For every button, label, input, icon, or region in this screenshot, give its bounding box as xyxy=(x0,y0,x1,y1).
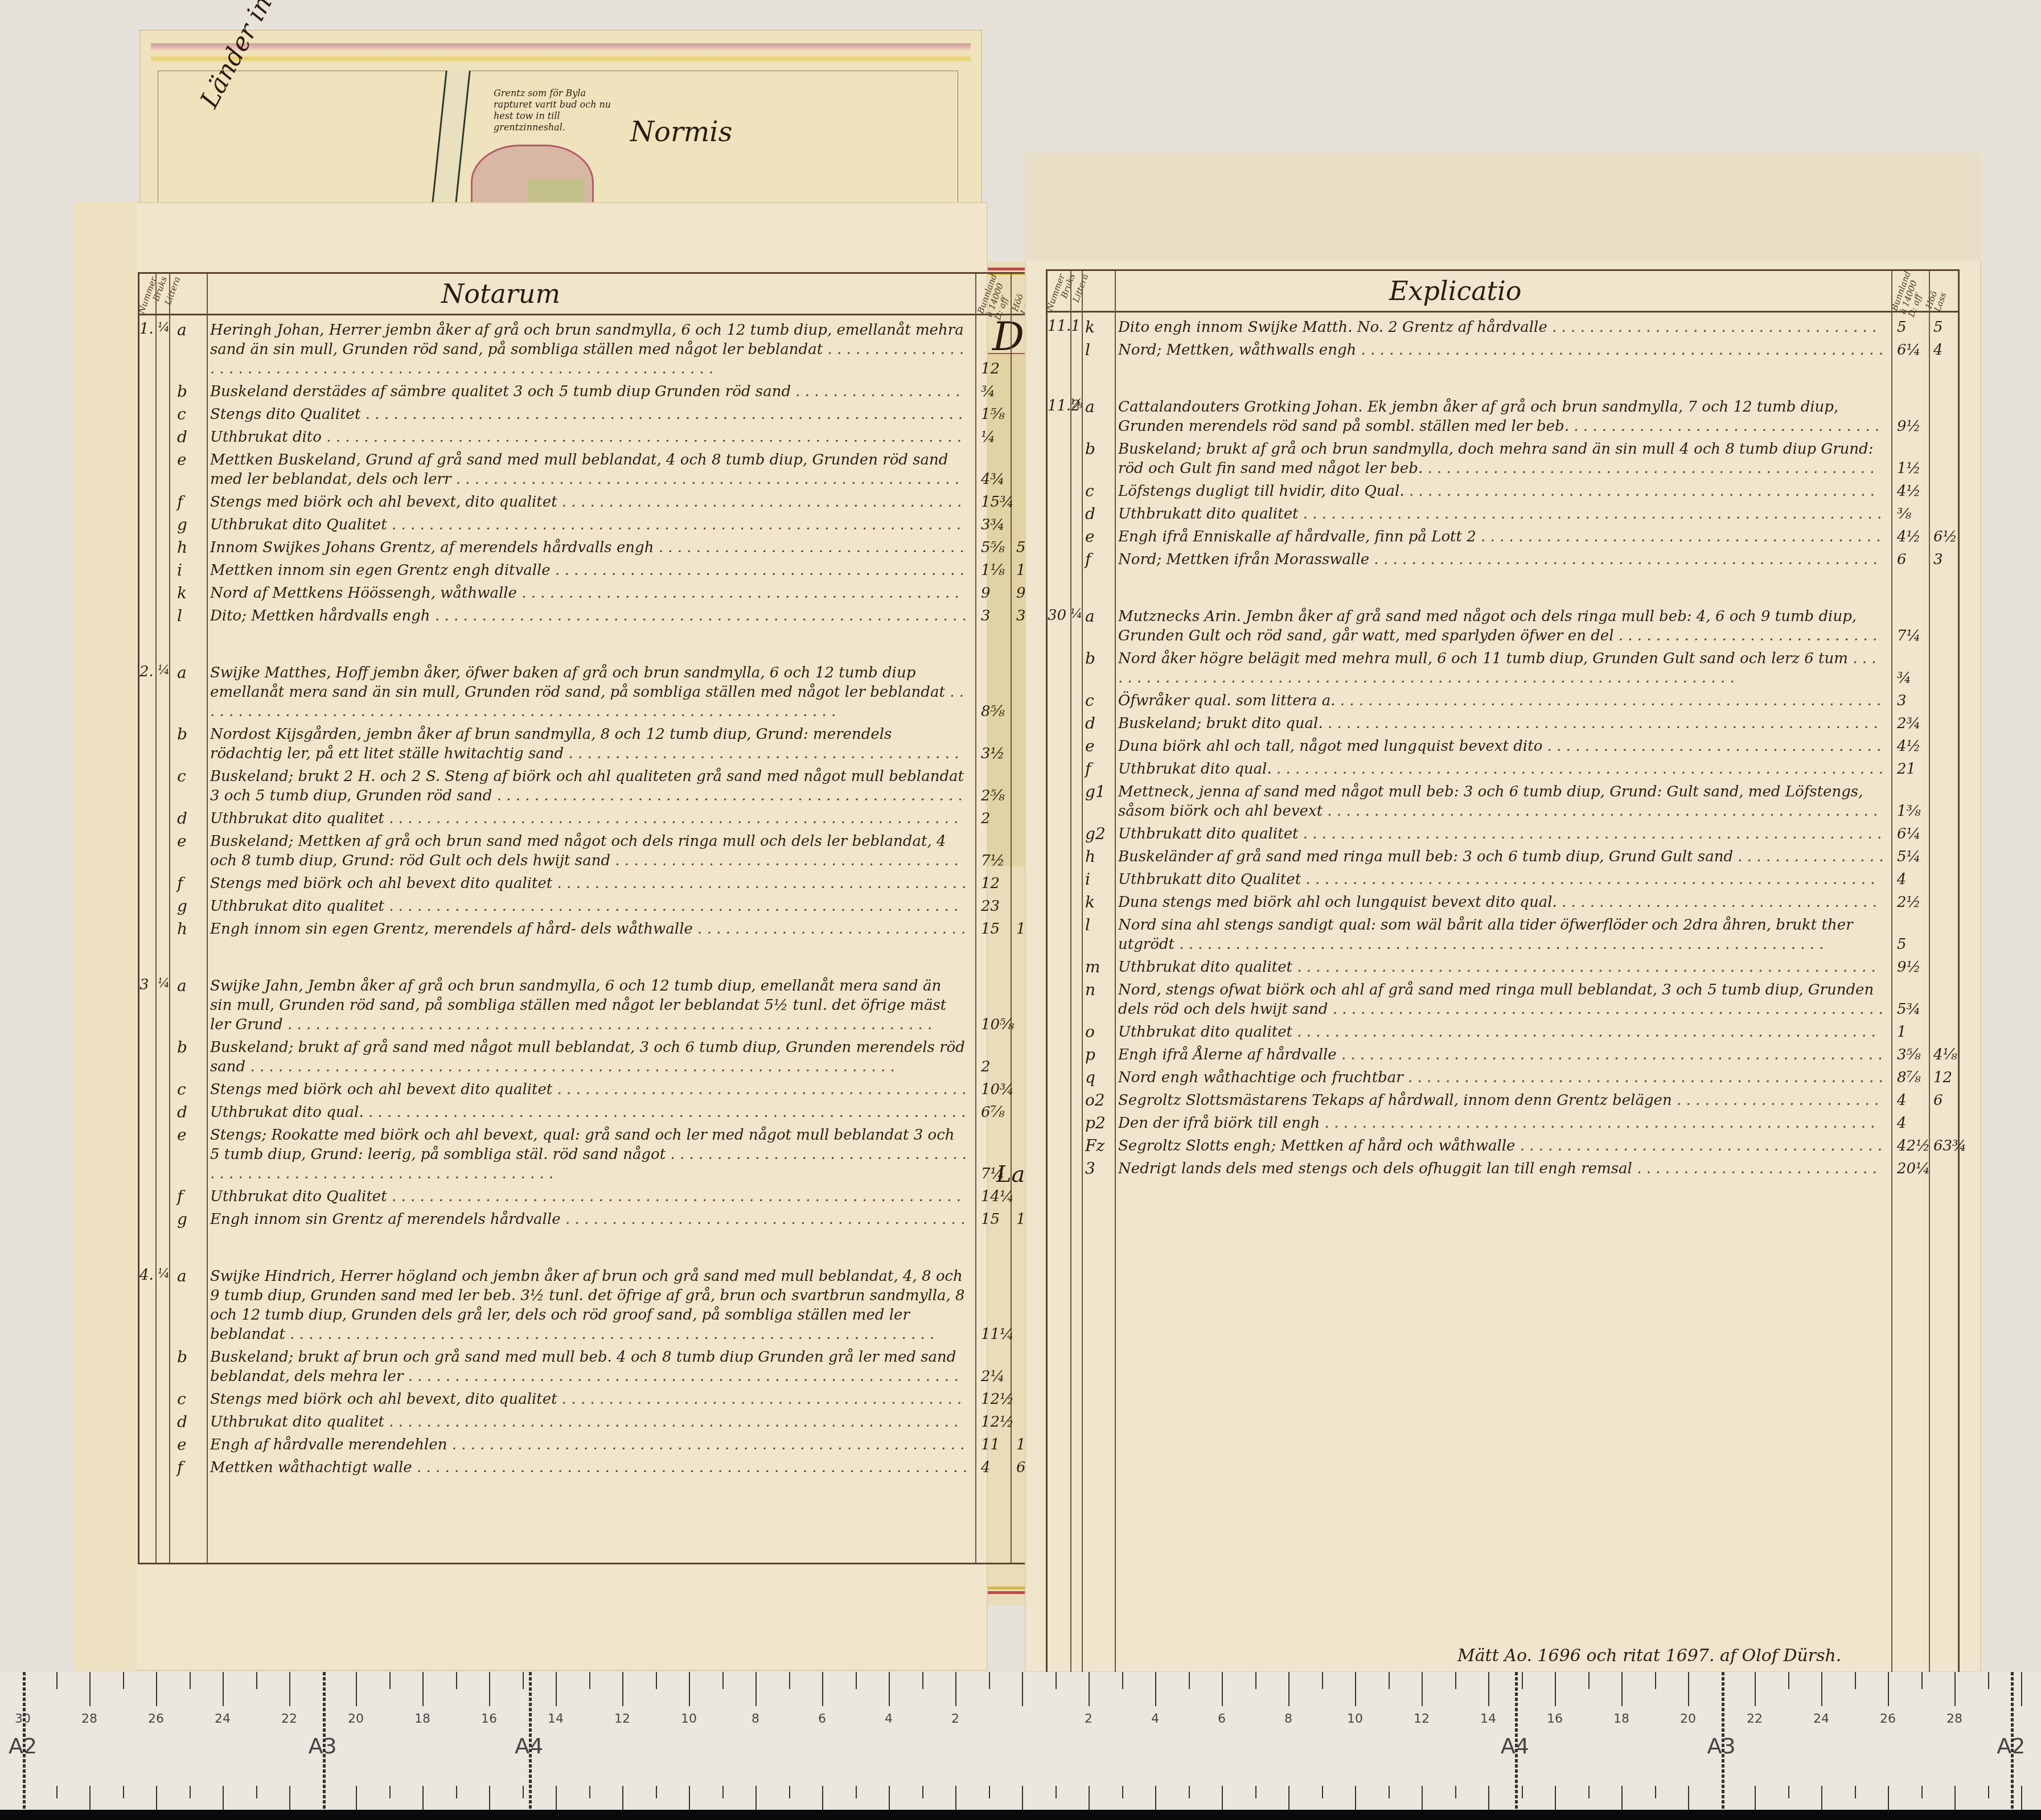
map-annotation: Grentz som för Byla rapturet varit bud o… xyxy=(494,88,625,133)
littera: b xyxy=(177,1038,187,1057)
ruler-number: 18 xyxy=(1613,1712,1629,1726)
ruler-tick xyxy=(955,1672,956,1706)
ruler-tick xyxy=(156,1786,157,1810)
table-row: bNordost Kijsgården, jembn åker af brun … xyxy=(139,725,1047,767)
table-row: FzSegroltz Slotts engh; Mettken af hård … xyxy=(1048,1136,1958,1159)
ruler-tick xyxy=(689,1672,690,1706)
acreage-value: 6 xyxy=(1897,551,1907,568)
table-row: cStengs med biörk och ahl bevext, dito q… xyxy=(139,1390,1047,1412)
description-cell: Swijke Hindrich, Herrer högland och jemb… xyxy=(210,1267,967,1347)
acreage-value: 11¼ xyxy=(981,1326,1014,1343)
left-page: Nummer Bruks Littera Notarum Bunnland à … xyxy=(74,202,988,1671)
littera: l xyxy=(1085,915,1090,934)
map-border-yellow xyxy=(151,55,971,63)
acreage-value: 9½ xyxy=(1897,959,1921,976)
description-cell: Dito; Mettken hårdvalls engh xyxy=(210,606,967,629)
table-row: lNord sina ahl stengs sandigt qual: som … xyxy=(1048,915,1958,958)
table-header: Nummer Bruks Littera Explicatio Bunnland… xyxy=(1048,271,1958,313)
acreage-value: 2⅝ xyxy=(981,787,1005,804)
description: Uthbrukat dito qual. xyxy=(210,1103,967,1125)
acreage-value: 3 xyxy=(1897,692,1907,709)
description: Uthbrukat dito qualitet xyxy=(1118,958,1884,980)
description: Buskeland; brukt af grå och brun sandmyl… xyxy=(1118,439,1884,482)
ruler-number: 4 xyxy=(1151,1712,1159,1726)
acreage-value: 5¼ xyxy=(1897,848,1921,865)
acreage-value: 4½ xyxy=(1897,528,1921,545)
description: Stengs med biörk och ahl bevext dito qua… xyxy=(210,1080,967,1103)
ruler-number: 4 xyxy=(885,1712,893,1726)
ruler-number: 12 xyxy=(614,1712,630,1726)
table-row: dUthbrukat dito qualitet2 xyxy=(139,809,1047,832)
ruler-tick xyxy=(789,1672,790,1689)
littera: k xyxy=(177,584,187,602)
description-cell: Segroltz Slottsmästarens Tekaps af hårdw… xyxy=(1118,1091,1884,1114)
bruk-fraction: ¼ xyxy=(1070,607,1082,621)
ruler-tick xyxy=(89,1786,91,1810)
littera: p2 xyxy=(1085,1114,1106,1132)
ruler-tick xyxy=(1588,1786,1590,1798)
description: Öfwråker qual. som littera a. xyxy=(1118,691,1884,714)
acreage-value: 6⅞ xyxy=(981,1104,1005,1121)
ruler-tick xyxy=(556,1672,557,1706)
ruler-tick xyxy=(1255,1786,1256,1798)
ruler-tick xyxy=(190,1786,191,1798)
description-cell: Mettken Buskeland, Grund af grå sand med… xyxy=(210,450,967,492)
table-row: mUthbrukat dito qualitet9½ xyxy=(1048,958,1958,980)
acreage-value: 4¾ xyxy=(981,471,1005,488)
table-row: cBuskeland; brukt 2 H. och 2 S. Steng af… xyxy=(139,767,1047,809)
ruler-tick xyxy=(1389,1786,1390,1798)
description-cell: Öfwråker qual. som littera a. xyxy=(1118,691,1884,714)
ruler-number: 2 xyxy=(951,1712,959,1726)
table-row: lNord; Mettken, wåthwalls engh6¼4 xyxy=(1048,340,1958,363)
table-row: 3Nedrigt lands dels med stengs och dels … xyxy=(1048,1159,1958,1182)
acreage-value: 9½ xyxy=(1897,418,1921,435)
page-title: Notarum xyxy=(441,278,560,309)
littera: d xyxy=(1085,504,1095,523)
description: Stengs med biörk och ahl bevext, dito qu… xyxy=(210,1390,967,1412)
ruler-tick xyxy=(223,1786,224,1810)
format-marker xyxy=(1515,1672,1518,1810)
description-cell: Uthbrukat dito qual. xyxy=(210,1103,967,1125)
littera: c xyxy=(177,405,186,424)
ruler-tick xyxy=(1155,1672,1156,1706)
description: Engh ifrå Ålerne af hårdvalle xyxy=(1118,1045,1884,1068)
ruler-number: 28 xyxy=(81,1712,97,1726)
description-cell: Buskeland; brukt af grå och brun sandmyl… xyxy=(1118,439,1884,482)
table-row: eMettken Buskeland, Grund af grå sand me… xyxy=(139,450,1047,492)
table-row: bBuskeland; brukt af grå och brun sandmy… xyxy=(1048,439,1958,482)
ruler-tick xyxy=(1921,1672,1923,1689)
description: Nord; Mettken ifrån Morasswalle xyxy=(1118,550,1884,573)
explicatio-table: Nummer Bruks Littera Explicatio Bunnland… xyxy=(1046,269,1960,1718)
ruler-tick xyxy=(1089,1672,1090,1706)
ruler-number: 10 xyxy=(1347,1712,1363,1726)
acreage-value: 2 xyxy=(981,810,991,827)
ruler-tick xyxy=(1155,1786,1156,1810)
ruler-tick xyxy=(1755,1672,1756,1706)
description-cell: Nedrigt lands dels med stengs och dels o… xyxy=(1118,1159,1884,1182)
bruk-fraction: ¼ xyxy=(158,976,170,991)
littera: o xyxy=(1085,1022,1095,1041)
ruler-tick xyxy=(822,1786,823,1810)
ruler-tick xyxy=(889,1786,890,1810)
ruler-tick xyxy=(1954,1786,1956,1810)
acreage-value: 5⅝ xyxy=(981,539,1005,556)
map-border-red xyxy=(151,43,971,51)
acreage-value: 1½ xyxy=(1897,460,1921,477)
ruler-number: 22 xyxy=(281,1712,297,1726)
littera: c xyxy=(1085,482,1094,500)
hay-load-value: 6 xyxy=(1933,1092,1943,1109)
table-row: fNord; Mettken ifrån Morasswalle63 xyxy=(1048,550,1958,573)
ruler-tick xyxy=(1954,1672,1956,1706)
description-cell: Nord åker högre belägit med mehra mull, … xyxy=(1118,649,1884,691)
description: Buskeland; brukt af grå sand med något m… xyxy=(210,1038,967,1077)
littera: c xyxy=(177,1390,186,1408)
ruler-tick xyxy=(523,1672,524,1689)
acreage-value: 10⅝ xyxy=(981,1016,1014,1033)
ruler-tick xyxy=(755,1672,757,1706)
littera: b xyxy=(177,1347,187,1366)
description: Buskeland; Mettken af grå och brun sand … xyxy=(210,832,967,874)
ruler-number: 6 xyxy=(818,1712,826,1726)
description-cell: Dito engh innom Swijke Matth. No. 2 Gren… xyxy=(1118,318,1884,340)
description: Buskeländer af grå sand med ringa mull b… xyxy=(1118,847,1884,870)
description-cell: Stengs dito Qualitet xyxy=(210,405,967,428)
description: Uthbrukatt dito qualitet xyxy=(1118,824,1884,847)
description: Swijke Matthes, Hoff jembn åker, öfwer b… xyxy=(210,663,967,721)
ruler-tick xyxy=(1488,1672,1489,1706)
description: Nord, stengs ofwat biörk och ahl af grå … xyxy=(1118,980,1884,1022)
acreage-value: 2 xyxy=(981,1058,991,1075)
littera: i xyxy=(1085,870,1090,889)
description: Uthbrukat dito qualitet xyxy=(1118,1022,1884,1045)
ruler-tick xyxy=(822,1672,823,1706)
ruler-number: 8 xyxy=(751,1712,759,1726)
ruler-tick xyxy=(1355,1786,1356,1810)
description-cell: Uthbrukat dito qualitet xyxy=(210,809,967,832)
description-cell: Buskeländer af grå sand med ringa mull b… xyxy=(1118,847,1884,870)
table-row: gEngh innom sin Grentz af merendels hård… xyxy=(139,1210,1047,1232)
acreage-value: 12½ xyxy=(981,1391,1014,1408)
acreage-value: 20¼ xyxy=(1897,1160,1930,1177)
description-cell: Nord af Mettkens Höössengh, wåthwalle xyxy=(210,584,967,606)
description-cell: Buskeland; brukt af grå sand med något m… xyxy=(210,1038,967,1080)
description-cell: Buskeland; Mettken af grå och brun sand … xyxy=(210,832,967,874)
description: Uthbrukat dito Qualitet xyxy=(210,515,967,538)
description-cell: Heringh Johan, Herrer jembn åker af grå … xyxy=(210,321,967,382)
notarum-table: Nummer Bruks Littera Notarum Bunnland à … xyxy=(138,272,1049,1564)
description: Segroltz Slottsmästarens Tekaps af hårdw… xyxy=(1118,1091,1884,1114)
ruler-tick xyxy=(523,1786,524,1798)
littera: f xyxy=(177,874,183,893)
ruler-tick xyxy=(1455,1786,1456,1798)
header-bunnland: Bunnland à 14000 D: aff xyxy=(1890,270,1929,318)
littera: Fz xyxy=(1085,1136,1104,1155)
ruler-tick xyxy=(289,1786,290,1810)
description: Löfstengs dugligt till hvidir, dito Qual… xyxy=(1118,482,1884,504)
littera: d xyxy=(177,809,187,828)
acreage-value: 3¾ xyxy=(981,516,1005,533)
description: Engh innom sin Grentz af merendels hårdv… xyxy=(210,1210,967,1232)
description-cell: Den der ifrå biörk till engh xyxy=(1118,1114,1884,1136)
acreage-value: 8⅝ xyxy=(981,703,1005,720)
ruler-tick xyxy=(1788,1672,1789,1689)
littera: n xyxy=(1085,980,1095,999)
table-row: 1.¼aHeringh Johan, Herrer jembn åker af … xyxy=(139,321,1047,382)
ruler-number: 12 xyxy=(1414,1712,1430,1726)
ruler-tick xyxy=(1655,1786,1656,1798)
header-bunnland: Bunnland à 14000 D: aff xyxy=(976,273,1016,321)
ruler-tick xyxy=(89,1672,91,1706)
table-header: Nummer Bruks Littera Notarum Bunnland à … xyxy=(139,274,1047,315)
ruler-tick xyxy=(422,1672,424,1706)
ruler-tick xyxy=(223,1672,224,1706)
acreage-value: 1⅛ xyxy=(981,562,1005,579)
table-row: dUthbrukat dito qual.6⅞ xyxy=(139,1103,1047,1125)
littera: e xyxy=(177,1125,187,1144)
ruler-tick xyxy=(622,1786,623,1810)
table-row: cLöfstengs dugligt till hvidir, dito Qua… xyxy=(1048,482,1958,504)
acreage-value: 5 xyxy=(1897,319,1907,336)
table-row: 11.1kDito engh innom Swijke Matth. No. 2… xyxy=(1048,318,1958,340)
littera: a xyxy=(1085,607,1095,626)
table-row: bBuskeland; brukt af brun och grå sand m… xyxy=(139,1347,1047,1390)
ruler-tick xyxy=(989,1786,990,1798)
ruler-tick xyxy=(1422,1786,1423,1810)
littera: e xyxy=(177,450,187,469)
description: Nedrigt lands dels med stengs och dels o… xyxy=(1118,1159,1884,1182)
description-cell: Swijke Jahn, Jembn åker af grå och brun … xyxy=(210,976,967,1038)
table-row: g2Uthbrukatt dito qualitet6¼ xyxy=(1048,824,1958,847)
table-row: 30¼aMutznecks Arin. Jembn åker af grå sa… xyxy=(1048,607,1958,649)
scanner-edge xyxy=(0,1810,2041,1820)
ruler-tick xyxy=(1821,1672,1822,1706)
page-title: Explicatio xyxy=(1389,276,1521,306)
ruler-tick xyxy=(1855,1786,1856,1798)
table-row: nNord, stengs ofwat biörk och ahl af grå… xyxy=(1048,980,1958,1022)
description: Uthbrukat dito qualitet xyxy=(210,897,967,919)
hay-load-value: 3 xyxy=(1933,551,1943,568)
parcel-number: 11.1 xyxy=(1048,318,1079,335)
littera: a xyxy=(177,321,187,339)
acreage-value: 4 xyxy=(1897,1092,1907,1109)
description-cell: Uthbrukat dito qualitet xyxy=(210,1412,967,1435)
description: Nord af Mettkens Höössengh, wåthwalle xyxy=(210,584,967,606)
description-cell: Nord, stengs ofwat biörk och ahl af grå … xyxy=(1118,980,1884,1022)
ruler-tick xyxy=(1555,1672,1556,1706)
ruler-number: 2 xyxy=(1085,1712,1093,1726)
description: Buskeland; brukt af brun och grå sand me… xyxy=(210,1347,967,1390)
acreage-value: 12½ xyxy=(981,1414,1014,1431)
littera: g xyxy=(177,897,187,915)
ruler-tick xyxy=(123,1672,124,1689)
description-cell: Nord; Mettken, wåthwalls engh xyxy=(1118,340,1884,363)
description-cell: Uthbrukat dito qualitet xyxy=(210,897,967,919)
ruler-tick xyxy=(622,1672,623,1706)
ruler-tick xyxy=(190,1672,191,1689)
ruler-tick xyxy=(1788,1786,1789,1798)
ruler-tick xyxy=(922,1672,923,1689)
description-cell: Nord sina ahl stengs sandigt qual: som w… xyxy=(1118,915,1884,958)
table-row: cÖfwråker qual. som littera a.3 xyxy=(1048,691,1958,714)
description-cell: Uthbrukat dito Qualitet xyxy=(210,1187,967,1210)
ruler-tick xyxy=(1888,1672,1889,1706)
hay-load-value: 63¾ xyxy=(1933,1137,1966,1155)
acreage-value: 9 xyxy=(981,585,991,602)
description-cell: Uthbrukat dito Qualitet xyxy=(210,515,967,538)
ruler-tick xyxy=(2021,1672,2022,1706)
acreage-value: 15 xyxy=(981,1211,1000,1228)
littera: g xyxy=(177,515,187,534)
table-row: bNord åker högre belägit med mehra mull,… xyxy=(1048,649,1958,691)
table-row: lDito; Mettken hårdvalls engh33 xyxy=(139,606,1047,629)
ruler-tick xyxy=(489,1672,490,1706)
ruler-tick xyxy=(1688,1786,1689,1810)
ruler-tick xyxy=(589,1786,590,1798)
description-cell: Stengs med biörk och ahl bevext, dito qu… xyxy=(210,492,967,515)
format-marker xyxy=(1722,1672,1724,1810)
ruler-tick xyxy=(1288,1672,1290,1706)
littera: g2 xyxy=(1085,824,1106,843)
description-cell: Nord; Mettken ifrån Morasswalle xyxy=(1118,550,1884,573)
description-cell: Löfstengs dugligt till hvidir, dito Qual… xyxy=(1118,482,1884,504)
ruler-number: 28 xyxy=(1946,1712,1962,1726)
acreage-value: 1⅝ xyxy=(981,406,1005,423)
littera: f xyxy=(1085,550,1091,569)
table-row: eStengs; Rookatte med biörk och ahl beve… xyxy=(139,1125,1047,1187)
ruler-tick xyxy=(289,1672,290,1706)
acreage-value: 5 xyxy=(1897,936,1907,953)
acreage-value: 14¼ xyxy=(981,1188,1014,1205)
acreage-value: 7¼ xyxy=(981,1165,1005,1182)
littera: k xyxy=(1085,318,1095,336)
littera: g xyxy=(177,1210,187,1229)
ruler-tick xyxy=(1621,1672,1623,1706)
ruler-tick xyxy=(755,1786,757,1810)
table-row: kDuna stengs med biörk ahl och lungquist… xyxy=(1048,893,1958,915)
table-row: dUthbrukat dito¼ xyxy=(139,428,1047,450)
table-row: eEngh ifrå Enniskalle af hårdvalle, finn… xyxy=(1048,527,1958,550)
littera: i xyxy=(177,561,182,580)
acreage-value: 4½ xyxy=(1897,483,1921,500)
description-cell: Buskeland; brukt dito qual. xyxy=(1118,714,1884,737)
littera: e xyxy=(177,832,187,851)
description-cell: Stengs med biörk och ahl bevext, dito qu… xyxy=(210,1390,967,1412)
description: Dito engh innom Swijke Matth. No. 2 Gren… xyxy=(1118,318,1884,340)
description: Nordost Kijsgården, jembn åker af brun s… xyxy=(210,725,967,767)
description-cell: Nordost Kijsgården, jembn åker af brun s… xyxy=(210,725,967,767)
littera: d xyxy=(177,1103,187,1121)
ruler-tick xyxy=(56,1672,58,1689)
ruler-tick xyxy=(1322,1786,1323,1798)
littera: f xyxy=(177,1458,183,1477)
ruler-number: 14 xyxy=(1480,1712,1496,1726)
littera: f xyxy=(177,492,183,511)
littera: q xyxy=(1085,1068,1095,1087)
ruler-tick xyxy=(1422,1672,1423,1706)
ruler-tick xyxy=(922,1786,923,1798)
description-cell: Mettken innom sin egen Grentz engh ditva… xyxy=(210,561,967,584)
ruler-number: 22 xyxy=(1747,1712,1763,1726)
table-row: eDuna biörk ahl och tall, något med lung… xyxy=(1048,737,1958,759)
description-cell: Stengs med biörk och ahl bevext dito qua… xyxy=(210,874,967,897)
paper-stain xyxy=(74,202,137,1671)
description: Segroltz Slotts engh; Mettken af hård oc… xyxy=(1118,1136,1884,1159)
littera: h xyxy=(177,538,187,557)
littera: b xyxy=(1085,439,1095,458)
description-cell: Uthbrukat dito qualitet xyxy=(1118,1022,1884,1045)
hay-load-value: 4⅛ xyxy=(1933,1046,1957,1063)
description: Stengs med biörk och ahl bevext dito qua… xyxy=(210,874,967,897)
description-cell: Uthbrukat dito qualitet xyxy=(1118,958,1884,980)
ruler-tick xyxy=(1022,1672,1023,1706)
table-row: oUthbrukat dito qualitet1 xyxy=(1048,1022,1958,1045)
description: Swijke Hindrich, Herrer högland och jemb… xyxy=(210,1267,967,1344)
ruler-tick xyxy=(1621,1786,1623,1810)
description: Buskeland derstädes af sämbre qualitet 3… xyxy=(210,382,967,405)
ruler-number: 14 xyxy=(548,1712,564,1726)
acreage-value: 4 xyxy=(1897,871,1907,888)
ruler-tick xyxy=(1322,1672,1323,1689)
description: Uthbrukat dito xyxy=(210,428,967,450)
description-cell: Stengs med biörk och ahl bevext dito qua… xyxy=(210,1080,967,1103)
ruler-tick xyxy=(1022,1786,1023,1810)
format-marker xyxy=(2011,1672,2014,1810)
ruler-tick xyxy=(1189,1786,1190,1798)
ruler-tick xyxy=(856,1672,857,1689)
description: Den der ifrå biörk till engh xyxy=(1118,1114,1884,1136)
ruler-tick xyxy=(1189,1672,1190,1689)
ruler-tick xyxy=(1888,1786,1889,1810)
description: Stengs; Rookatte med biörk och ahl bevex… xyxy=(210,1125,967,1184)
right-page: Nummer Bruks Littera Explicatio Bunnland… xyxy=(1025,153,1981,1673)
table-row: fUthbrukat dito Qualitet14¼ xyxy=(139,1187,1047,1210)
description-cell: Mettneck, jenna af sand med något mull b… xyxy=(1118,782,1884,824)
acreage-value: 12 xyxy=(981,360,1000,377)
littera: d xyxy=(177,428,187,446)
ruler-tick xyxy=(656,1672,657,1689)
bruk-fraction: ⅛ xyxy=(1070,397,1082,412)
bruk-fraction: ¼ xyxy=(158,663,170,677)
ruler-tick xyxy=(656,1786,657,1798)
table-row: dBuskeland; brukt dito qual.2¾ xyxy=(1048,714,1958,737)
acreage-value: 1 xyxy=(1897,1024,1907,1041)
description: Buskeland; brukt 2 H. och 2 S. Steng af … xyxy=(210,767,967,809)
littera: a xyxy=(177,663,187,682)
table-row: fStengs med biörk och ahl bevext dito qu… xyxy=(139,874,1047,897)
littera: c xyxy=(177,767,186,786)
ruler-tick xyxy=(156,1672,157,1706)
ruler-tick xyxy=(256,1672,257,1689)
table-row: fStengs med biörk och ahl bevext, dito q… xyxy=(139,492,1047,515)
description: Mettken wåthachtigt walle xyxy=(210,1458,967,1481)
description-cell: Segroltz Slotts engh; Mettken af hård oc… xyxy=(1118,1136,1884,1159)
acreage-value: 4 xyxy=(1897,1115,1907,1132)
table-row: gUthbrukat dito Qualitet3¾ xyxy=(139,515,1047,538)
littera: a xyxy=(1085,397,1095,416)
ruler-number: 24 xyxy=(1813,1712,1829,1726)
table-row: o2Segroltz Slottsmästarens Tekaps af hår… xyxy=(1048,1091,1958,1114)
ruler-tick xyxy=(1655,1672,1656,1689)
table-row: hEngh innom sin egen Grentz, merendels a… xyxy=(139,919,1047,942)
acreage-value: 4 xyxy=(981,1459,991,1476)
table-row: g1Mettneck, jenna af sand med något mull… xyxy=(1048,782,1958,824)
acreage-value: 2¾ xyxy=(1897,715,1921,732)
description: Mettken innom sin egen Grentz engh ditva… xyxy=(210,561,967,584)
acreage-value: 3½ xyxy=(981,745,1005,762)
